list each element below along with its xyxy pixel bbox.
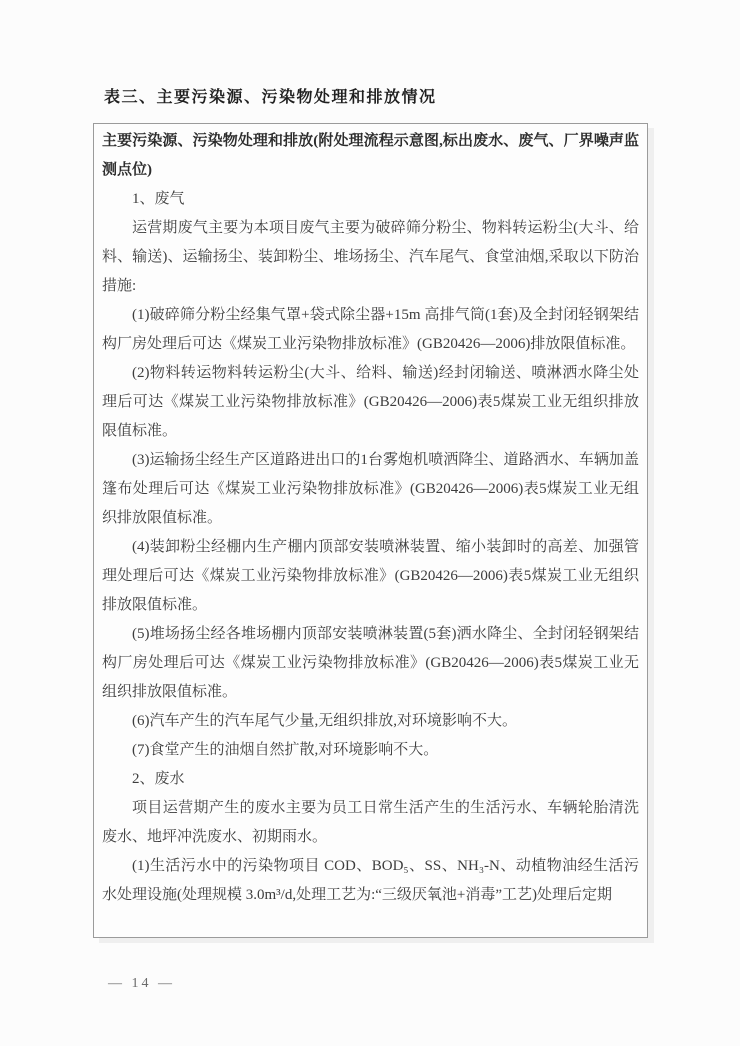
waste-gas-measure-7: (7)食堂产生的油烟自然扩散,对环境影响不大。: [102, 736, 639, 765]
waste-gas-measure-6: (6)汽车产生的汽车尾气少量,无组织排放,对环境影响不大。: [102, 707, 639, 736]
content-box: 主要污染源、污染物处理和排放(附处理流程示意图,标出废水、废气、厂界噪声监测点位…: [93, 123, 648, 938]
waste-gas-measure-2: (2)物料转运物料转运粉尘(大斗、给料、输送)经封闭输送、喷淋洒水降尘处理后可达…: [102, 359, 639, 446]
waste-gas-measure-4: (4)装卸粉尘经棚内生产棚内顶部安装喷淋装置、缩小装卸时的高差、加强管理处理后可…: [102, 533, 639, 620]
waste-water-measure-1: (1)生活污水中的污染物项目 COD、BOD₅、SS、NH₃-N、动植物油经生活…: [102, 852, 639, 910]
waste-gas-intro-paragraph: 运营期废气主要为本项目废气主要为破碎筛分粉尘、物料转运粉尘(大斗、给料、输送)、…: [102, 214, 639, 301]
waste-gas-measure-5: (5)堆场扬尘经各堆场棚内顶部安装喷淋装置(5套)洒水降尘、全封闭轻钢架结构厂房…: [102, 620, 639, 707]
section-heading-waste-water: 2、废水: [102, 765, 639, 794]
waste-gas-measure-1: (1)破碎筛分粉尘经集气罩+袋式除尘器+15m 高排气筒(1套)及全封闭轻钢架结…: [102, 301, 639, 359]
waste-gas-measure-3: (3)运输扬尘经生产区道路进出口的1台雾炮机喷洒降尘、道路洒水、车辆加盖篷布处理…: [102, 446, 639, 533]
page-title: 表三、主要污染源、污染物处理和排放情况: [104, 84, 437, 107]
section-heading-waste-gas: 1、废气: [102, 185, 639, 214]
waste-water-intro-paragraph: 项目运营期产生的废水主要为员工日常生活产生的生活污水、车辆轮胎清洗废水、地坪冲洗…: [102, 794, 639, 852]
page-number: — 14 —: [108, 976, 175, 992]
box-header: 主要污染源、污染物处理和排放(附处理流程示意图,标出废水、废气、厂界噪声监测点位…: [102, 127, 639, 185]
